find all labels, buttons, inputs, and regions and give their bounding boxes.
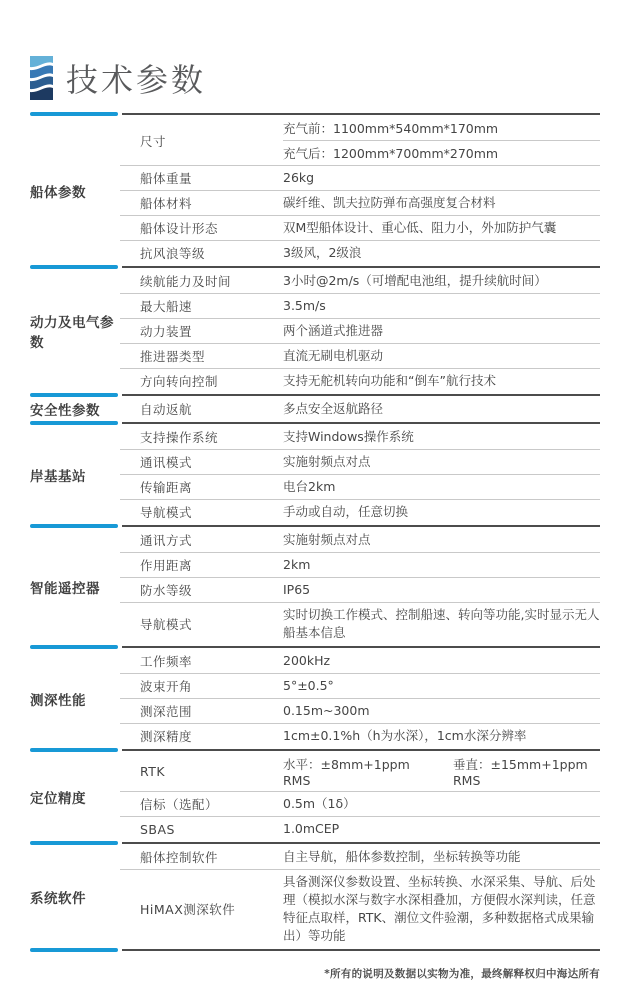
param-value: 直流无刷电机驱动 — [283, 344, 600, 368]
param-label: 方向转向控制 — [120, 372, 283, 390]
param-value-part: 水平：±8mm+1ppm RMS — [283, 755, 423, 788]
table-row: 测深范围0.15m~300m — [120, 698, 600, 723]
param-label: 信标（选配） — [120, 795, 283, 813]
table-row: 续航能力及时间3小时@2m/s（可增配电池组，提升续航时间） — [120, 269, 600, 293]
param-value: 两个涵道式推进器 — [283, 319, 600, 343]
spec-section: 动力及电气参数续航能力及时间3小时@2m/s（可增配电池组，提升续航时间）最大船… — [30, 269, 600, 393]
param-value-stack: 充气前：1100mm*540mm*170mm充气后：1200mm*700mm*2… — [283, 116, 600, 165]
spec-table: 船体参数尺寸充气前：1100mm*540mm*170mm充气后：1200mm*7… — [30, 112, 600, 952]
table-row: 支持操作系统支持Windows操作系统 — [120, 425, 600, 449]
param-label: 最大船速 — [120, 297, 283, 315]
table-row: 自动返航多点安全返航路径 — [120, 397, 600, 421]
divider-line — [122, 394, 600, 396]
table-row: 船体重量26kg — [120, 165, 600, 190]
section-rows: 尺寸充气前：1100mm*540mm*170mm充气后：1200mm*700mm… — [120, 116, 600, 265]
table-row: 方向转向控制支持无舵机转向功能和“倒车”航行技术 — [120, 368, 600, 393]
divider-line — [122, 842, 600, 844]
param-label: 船体设计形态 — [120, 219, 283, 237]
table-row: 尺寸充气前：1100mm*540mm*170mm充气后：1200mm*700mm… — [120, 116, 600, 165]
param-value-line: 充气后：1200mm*700mm*270mm — [283, 140, 600, 165]
category-label: 智能遥控器 — [30, 528, 120, 645]
page-title: 技术参数 — [66, 55, 206, 101]
table-row: 推进器类型直流无刷电机驱动 — [120, 343, 600, 368]
param-value: 实施射频点对点 — [283, 450, 600, 474]
param-label: 测深范围 — [120, 702, 283, 720]
category-label: 安全性参数 — [30, 397, 120, 421]
param-value: 5°±0.5° — [283, 674, 600, 698]
spec-section: 船体参数尺寸充气前：1100mm*540mm*170mm充气后：1200mm*7… — [30, 116, 600, 265]
table-row: 通讯模式实施射频点对点 — [120, 449, 600, 474]
param-label: 通讯方式 — [120, 531, 283, 549]
param-value-group: 水平：±8mm+1ppm RMS垂直：±15mm+1ppm RMS — [283, 752, 600, 791]
param-value: 3小时@2m/s（可增配电池组，提升续航时间） — [283, 269, 600, 293]
section-rows: 船体控制软件自主导航，船体参数控制，坐标转换等功能HiMAX测深软件具备测深仪参… — [120, 845, 600, 948]
spec-section: 安全性参数自动返航多点安全返航路径 — [30, 397, 600, 421]
param-value: 3.5m/s — [283, 294, 600, 318]
spec-section: 测深性能工作频率200kHz波束开角5°±0.5°测深范围0.15m~300m测… — [30, 649, 600, 748]
divider-line — [122, 949, 600, 951]
param-label: 支持操作系统 — [120, 428, 283, 446]
param-value-line: 充气前：1100mm*540mm*170mm — [283, 116, 600, 140]
table-row: 传输距离电台2km — [120, 474, 600, 499]
table-row: HiMAX测深软件具备测深仪参数设置、坐标转换、水深采集、导航、后处理（模拟水深… — [120, 869, 600, 948]
param-label: 通讯模式 — [120, 453, 283, 471]
table-row: 抗风浪等级3级风，2级浪 — [120, 240, 600, 265]
param-label: 防水等级 — [120, 581, 283, 599]
table-row: 船体控制软件自主导航，船体参数控制，坐标转换等功能 — [120, 845, 600, 869]
table-row: 作用距离2km — [120, 552, 600, 577]
param-value: IP65 — [283, 578, 600, 602]
param-value: 手动或自动，任意切换 — [283, 500, 600, 524]
divider-line — [122, 113, 600, 115]
param-label: 导航模式 — [120, 503, 283, 521]
section-divider — [30, 948, 600, 952]
param-label: RTK — [120, 764, 283, 779]
table-row: 通讯方式实施射频点对点 — [120, 528, 600, 552]
param-label: 推进器类型 — [120, 347, 283, 365]
footnote: *所有的说明及数据以实物为准，最终解释权归中海达所有 — [324, 966, 600, 981]
divider-line — [122, 749, 600, 751]
param-label: 船体材料 — [120, 194, 283, 212]
spec-sheet: 技术参数 船体参数尺寸充气前：1100mm*540mm*170mm充气后：120… — [0, 0, 630, 997]
param-label: 传输距离 — [120, 478, 283, 496]
divider-line — [122, 646, 600, 648]
divider-accent-bar — [30, 948, 118, 952]
table-row: 波束开角5°±0.5° — [120, 673, 600, 698]
section-rows: 通讯方式实施射频点对点作用距离2km防水等级IP65导航模式实时切换工作模式、控… — [120, 528, 600, 645]
spec-section: 系统软件船体控制软件自主导航，船体参数控制，坐标转换等功能HiMAX测深软件具备… — [30, 845, 600, 948]
table-row: 最大船速3.5m/s — [120, 293, 600, 318]
param-label: 自动返航 — [120, 400, 283, 418]
param-value: 多点安全返航路径 — [283, 397, 600, 421]
table-row: 防水等级IP65 — [120, 577, 600, 602]
spec-section: 岸基基站支持操作系统支持Windows操作系统通讯模式实施射频点对点传输距离电台… — [30, 425, 600, 524]
section-rows: 工作频率200kHz波束开角5°±0.5°测深范围0.15m~300m测深精度1… — [120, 649, 600, 748]
table-row: 船体材料碳纤维、凯夫拉防弹布高强度复合材料 — [120, 190, 600, 215]
param-label: SBAS — [120, 822, 283, 837]
param-label: 导航模式 — [120, 615, 283, 633]
param-value: 实时切换工作模式、控制船速、转向等功能,实时显示无人船基本信息 — [283, 603, 600, 645]
table-row: 信标（选配）0.5m（1δ） — [120, 791, 600, 816]
table-row: SBAS1.0mCEP — [120, 816, 600, 841]
divider-line — [122, 422, 600, 424]
param-value: 26kg — [283, 166, 600, 190]
param-value-part: 垂直：±15mm+1ppm RMS — [453, 755, 600, 788]
category-label: 船体参数 — [30, 116, 120, 265]
param-label: HiMAX测深软件 — [120, 900, 283, 918]
param-value: 2km — [283, 553, 600, 577]
divider-line — [122, 525, 600, 527]
table-row: 工作频率200kHz — [120, 649, 600, 673]
param-value: 1.0mCEP — [283, 817, 600, 841]
section-rows: 续航能力及时间3小时@2m/s（可增配电池组，提升续航时间）最大船速3.5m/s… — [120, 269, 600, 393]
param-value: 电台2km — [283, 475, 600, 499]
param-label: 船体控制软件 — [120, 848, 283, 866]
param-value: 具备测深仪参数设置、坐标转换、水深采集、导航、后处理（模拟水深与数字水深相叠加，… — [283, 870, 600, 948]
category-label: 定位精度 — [30, 752, 120, 841]
param-label: 作用距离 — [120, 556, 283, 574]
section-header: 技术参数 — [30, 54, 600, 101]
param-label: 波束开角 — [120, 677, 283, 695]
category-label: 系统软件 — [30, 845, 120, 948]
table-row: 导航模式实时切换工作模式、控制船速、转向等功能,实时显示无人船基本信息 — [120, 602, 600, 645]
param-label: 尺寸 — [120, 132, 283, 150]
param-label: 船体重量 — [120, 169, 283, 187]
param-label: 续航能力及时间 — [120, 272, 283, 290]
param-value: 双M型船体设计、重心低、阻力小，外加防护气囊 — [283, 216, 600, 240]
spec-section: 定位精度RTK水平：±8mm+1ppm RMS垂直：±15mm+1ppm RMS… — [30, 752, 600, 841]
param-label: 抗风浪等级 — [120, 244, 283, 262]
spec-section: 智能遥控器通讯方式实施射频点对点作用距离2km防水等级IP65导航模式实时切换工… — [30, 528, 600, 645]
param-value: 1cm±0.1%h（h为水深），1cm水深分辨率 — [283, 724, 600, 748]
waves-logo-icon — [30, 56, 53, 100]
param-value: 碳纤维、凯夫拉防弹布高强度复合材料 — [283, 191, 600, 215]
section-rows: RTK水平：±8mm+1ppm RMS垂直：±15mm+1ppm RMS信标（选… — [120, 752, 600, 841]
param-value: 0.15m~300m — [283, 699, 600, 723]
param-value: 实施射频点对点 — [283, 528, 600, 552]
table-row: 导航模式手动或自动，任意切换 — [120, 499, 600, 524]
table-row: 测深精度1cm±0.1%h（h为水深），1cm水深分辨率 — [120, 723, 600, 748]
param-label: 动力装置 — [120, 322, 283, 340]
param-value: 支持Windows操作系统 — [283, 425, 600, 449]
table-row: 动力装置两个涵道式推进器 — [120, 318, 600, 343]
param-value: 自主导航，船体参数控制，坐标转换等功能 — [283, 845, 600, 869]
param-label: 测深精度 — [120, 727, 283, 745]
category-label: 动力及电气参数 — [30, 269, 120, 393]
section-rows: 自动返航多点安全返航路径 — [120, 397, 600, 421]
param-value: 0.5m（1δ） — [283, 792, 600, 816]
category-label: 岸基基站 — [30, 425, 120, 524]
divider-line — [122, 266, 600, 268]
param-value: 支持无舵机转向功能和“倒车”航行技术 — [283, 369, 600, 393]
param-value: 200kHz — [283, 649, 600, 673]
param-label: 工作频率 — [120, 652, 283, 670]
category-label: 测深性能 — [30, 649, 120, 748]
table-row: RTK水平：±8mm+1ppm RMS垂直：±15mm+1ppm RMS — [120, 752, 600, 791]
table-row: 船体设计形态双M型船体设计、重心低、阻力小，外加防护气囊 — [120, 215, 600, 240]
section-rows: 支持操作系统支持Windows操作系统通讯模式实施射频点对点传输距离电台2km导… — [120, 425, 600, 524]
param-value: 3级风，2级浪 — [283, 241, 600, 265]
